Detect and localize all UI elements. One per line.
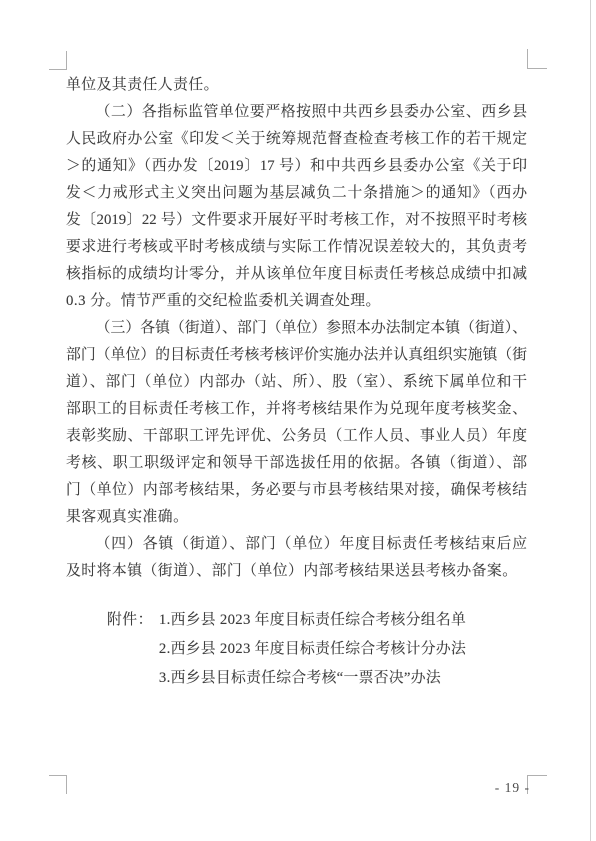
page-number: - 19 - <box>410 780 530 796</box>
text-line: 果客观真实准确。 <box>66 504 527 531</box>
text-line: 考核、职工职级评定和领导干部选拔任用的依据。各镇（街道）、部 <box>66 450 527 477</box>
document-body: 单位及其责任人责任。 （二）各指标监管单位要严格按照中共西乡县委办公室、西乡县 … <box>66 72 527 585</box>
text-line: 0.3 分。情节严重的交纪检监委机关调查处理。 <box>66 288 527 315</box>
text-line: 发〔2019〕22 号）文件要求开展好平时考核工作，对不按照平时考核 <box>66 207 527 234</box>
text-line: 表彰奖励、干部职工评先评优、公务员（工作人员、事业人员）年度 <box>66 423 527 450</box>
text-line: 道）、部门（单位）内部办（站、所）、股（室）、系统下属单位和干 <box>66 369 527 396</box>
crop-mark-bottom-left <box>49 775 67 794</box>
attachment-list: 1.西乡县 2023 年度目标责任综合考核分组名单 2.西乡县 2023 年度目… <box>159 606 466 693</box>
attachment-label: 附件： <box>107 606 153 635</box>
attachment-item: 3.西乡县目标责任综合考核“一票否决”办法 <box>159 664 466 693</box>
crop-mark-bottom-right <box>527 775 547 794</box>
text-line: （二）各指标监管单位要严格按照中共西乡县委办公室、西乡县 <box>66 99 527 126</box>
crop-mark-top-left <box>49 51 67 70</box>
crop-mark-top-right <box>527 49 547 69</box>
attachment-item: 1.西乡县 2023 年度目标责任综合考核分组名单 <box>159 606 466 635</box>
attachment-block: 附件： 1.西乡县 2023 年度目标责任综合考核分组名单 2.西乡县 2023… <box>107 606 466 693</box>
scan-page-edge <box>590 0 591 841</box>
scanned-document-page: 单位及其责任人责任。 （二）各指标监管单位要严格按照中共西乡县委办公室、西乡县 … <box>0 0 596 841</box>
text-line: 单位及其责任人责任。 <box>66 72 527 99</box>
text-line: 核指标的成绩均计零分，并从该单位年度目标责任考核总成绩中扣减 <box>66 261 527 288</box>
text-line: 部职工的目标责任考核工作，并将考核结果作为兑现年度考核奖金、 <box>66 396 527 423</box>
text-line: （四）各镇（街道）、部门（单位）年度目标责任考核结束后应 <box>66 531 527 558</box>
text-line: 门（单位）内部考核结果，务必要与市县考核结果对接，确保考核结 <box>66 477 527 504</box>
text-line: （三）各镇（街道）、部门（单位）参照本办法制定本镇（街道）、 <box>66 315 527 342</box>
text-line: 及时将本镇（街道）、部门（单位）内部考核结果送县考核办备案。 <box>66 558 527 585</box>
attachment-item: 2.西乡县 2023 年度目标责任综合考核计分办法 <box>159 635 466 664</box>
text-line: 人民政府办公室《印发＜关于统筹规范督查检查考核工作的若干规定 <box>66 126 527 153</box>
text-line: ＞的通知》（西办发〔2019〕17 号）和中共西乡县委办公室《关于印 <box>66 153 527 180</box>
text-line: 部门（单位）的目标责任考核考核评价实施办法并认真组织实施镇（街 <box>66 342 527 369</box>
text-line: 发＜力戒形式主义突出问题为基层减负二十条措施＞的通知》（西办 <box>66 180 527 207</box>
text-line: 要求进行考核或平时考核成绩与实际工作情况误差较大的，其负责考 <box>66 234 527 261</box>
